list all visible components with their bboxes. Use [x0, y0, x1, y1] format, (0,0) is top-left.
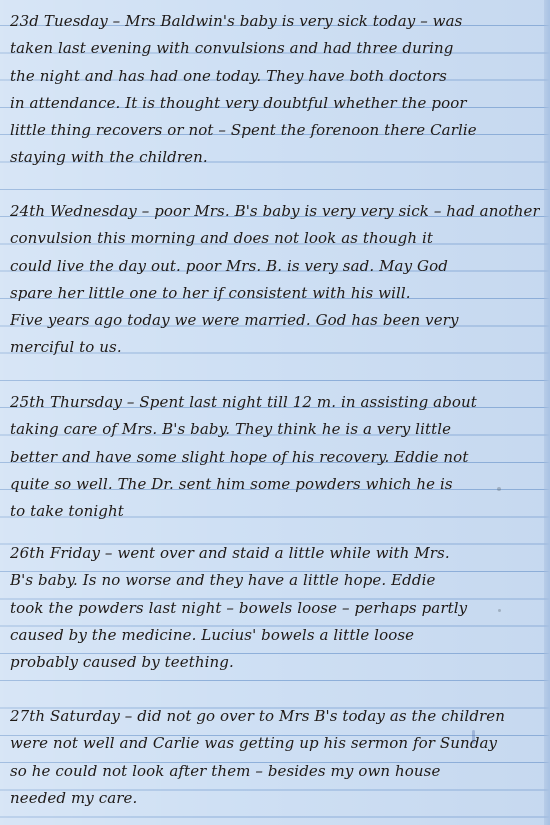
entry-line: taking care of Mrs. B's baby. They think…	[10, 416, 540, 443]
entry-line: could live the day out. poor Mrs. B. is …	[10, 253, 540, 280]
entry-line: merciful to us.	[10, 334, 540, 361]
entry-line: Five years ago today we were married. Go…	[10, 307, 540, 334]
entry-line: staying with the children.	[10, 144, 540, 171]
entry-line: were not well and Carlie was getting up …	[10, 730, 540, 757]
diary-page: 23d Tuesday – Mrs Baldwin's baby is very…	[0, 0, 550, 825]
entry-line: 26th Friday – went over and staid a litt…	[10, 540, 540, 567]
entry-26-friday: 26th Friday – went over and staid a litt…	[10, 540, 540, 676]
entry-line: 23d Tuesday – Mrs Baldwin's baby is very…	[10, 8, 540, 35]
entry-line: B's baby. Is no worse and they have a li…	[10, 567, 540, 594]
ink-spot	[497, 487, 501, 491]
ink-spot	[498, 609, 501, 612]
entry-line: in attendance. It is thought very doubtf…	[10, 90, 540, 117]
entry-line: little thing recovers or not – Spent the…	[10, 117, 540, 144]
entry-line: to take tonight	[10, 498, 540, 525]
entry-line: needed my care.	[10, 785, 540, 812]
entry-23-tuesday: 23d Tuesday – Mrs Baldwin's baby is very…	[10, 8, 540, 172]
entry-line: 24th Wednesday – poor Mrs. B's baby is v…	[10, 198, 540, 225]
entry-line: taken last evening with convulsions and …	[10, 35, 540, 62]
entry-24-wednesday: 24th Wednesday – poor Mrs. B's baby is v…	[10, 198, 540, 362]
ink-smudge	[472, 730, 475, 744]
entry-line: 25th Thursday – Spent last night till 12…	[10, 389, 540, 416]
page-edge	[544, 0, 550, 825]
entry-line: caused by the medicine. Lucius' bowels a…	[10, 622, 540, 649]
entry-line: quite so well. The Dr. sent him some pow…	[10, 471, 540, 498]
entry-line: probably caused by teething.	[10, 649, 540, 676]
entry-line: spare her little one to her if consisten…	[10, 280, 540, 307]
entry-line: convulsion this morning and does not loo…	[10, 225, 540, 252]
entry-line: so he could not look after them – beside…	[10, 758, 540, 785]
entry-25-thursday: 25th Thursday – Spent last night till 12…	[10, 389, 540, 525]
entry-line: took the powders last night – bowels loo…	[10, 595, 540, 622]
entry-27-saturday: 27th Saturday – did not go over to Mrs B…	[10, 703, 540, 812]
entry-line: 27th Saturday – did not go over to Mrs B…	[10, 703, 540, 730]
entry-line: better and have some slight hope of his …	[10, 444, 540, 471]
entry-line: the night and has had one today. They ha…	[10, 63, 540, 90]
